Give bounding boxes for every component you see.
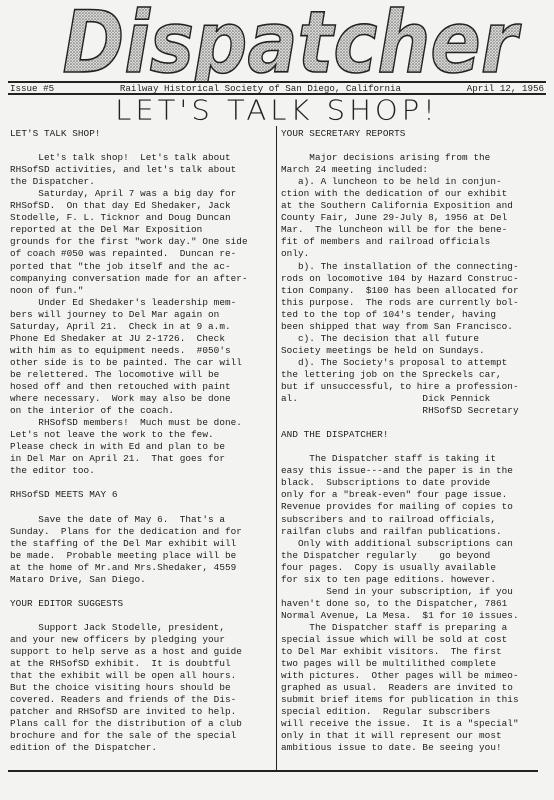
body-line: companying conversation made for an afte…: [10, 273, 272, 285]
issue-date: April 12, 1956: [467, 82, 544, 95]
body-line: only for a "break-even" four page issue.: [281, 489, 549, 501]
body-line: with pictures. Other pages will be mimeo…: [281, 670, 549, 682]
body-line: at the RHSofSD exhibit. It is doubtful: [10, 658, 272, 670]
body-line: at the Southern California Exposition an…: [281, 200, 549, 212]
body-line: Saturday, April 21. Check in at 9 a.m.: [10, 321, 272, 333]
heading-gap: [10, 140, 272, 152]
body-line: Society meetings be held on Sundays.: [281, 345, 549, 357]
body-line: patcher and RHSofSD are invited to help.: [10, 706, 272, 718]
body-line: only in that it will represent our most: [281, 730, 549, 742]
body-line: but if unsuccessful, to hire a professio…: [281, 381, 549, 393]
body-line: Plans call for the distribution of a clu…: [10, 718, 272, 730]
body-line: RHSofSD Secretary: [281, 405, 549, 417]
body-line: Send in your subscription, if you: [281, 586, 549, 598]
body-line: be relettered. The locomotive will be: [10, 369, 272, 381]
body-line: RHSofSD activities, and let's talk about: [10, 164, 272, 176]
body-line: this purpose. The rods are currently bol…: [281, 297, 549, 309]
body-line: fit of members and railroad officials: [281, 236, 549, 248]
body-line: reported at the Del Mar Exposition: [10, 224, 272, 236]
body-line: Let's not leave the work to the few.: [10, 429, 272, 441]
body-line: b). The installation of the connecting-: [281, 261, 549, 273]
body-line: RHSofSD. On that day Ed Shedaker, Jack: [10, 200, 272, 212]
body-line: The Dispatcher staff is preparing a: [281, 622, 549, 634]
body-line: special issue which will be sold at cost: [281, 634, 549, 646]
body-line: edition of the Dispatcher.: [10, 742, 272, 754]
body-line: rods on locomotive 104 by Hazard Constru…: [281, 273, 549, 285]
body-line: ported that "the job itself and the ac-: [10, 261, 272, 273]
body-line: Please check in with Ed and plan to be: [10, 441, 272, 453]
body-line: the Dispatcher.: [10, 176, 272, 188]
body-line: submit brief items for publication in th…: [281, 694, 549, 706]
body-line: support to help serve as a host and guid…: [10, 646, 272, 658]
body-line: that the exhibit will be open all hours.: [10, 670, 272, 682]
body-line: the staffing of the Del Mar exhibit will: [10, 538, 272, 550]
body-line: hosed off and then retouched with paint: [10, 381, 272, 393]
section-gap: [281, 417, 549, 429]
heading-gap: [10, 501, 272, 513]
body-line: for six to ten page editions. however.: [281, 574, 549, 586]
body-line: But the choice visiting hours should be: [10, 682, 272, 694]
body-line: County Fair, June 29-July 8, 1956 at Del: [281, 212, 549, 224]
body-line: RHSofSD members! Much must be done.: [10, 417, 272, 429]
body-line: Let's talk shop! Let's talk about: [10, 152, 272, 164]
body-line: and your new officers by pledging your: [10, 634, 272, 646]
body-line: railfan clubs and railfan publications.: [281, 526, 549, 538]
body-line: Save the date of May 6. That's a: [10, 514, 272, 526]
body-line: of coach #050 was repainted. Duncan re-: [10, 248, 272, 260]
body-line: The Dispatcher staff is taking it: [281, 453, 549, 465]
body-line: brochure and for the sale of the special: [10, 730, 272, 742]
body-line: special edition. Regular subscribers: [281, 706, 549, 718]
section-gap: [10, 586, 272, 598]
bottom-rule: [8, 770, 538, 772]
body-line: Mataro Drive, San Diego.: [10, 574, 272, 586]
left-column: LET'S TALK SHOP! Let's talk shop! Let's …: [10, 128, 272, 770]
body-line: ction with the dedication of our exhibit: [281, 188, 549, 200]
body-line: Only with additional subscriptions can: [281, 538, 549, 550]
body-line: noon of fun.": [10, 285, 272, 297]
body-line: a). A luncheon to be held in conjun-: [281, 176, 549, 188]
body-line: c). The decision that all future: [281, 333, 549, 345]
body-line: Revenue provides for mailing of copies t…: [281, 501, 549, 513]
body-line: the Dispatcher regularly go beyond: [281, 550, 549, 562]
body-line: Stodelle, F. L. Ticknor and Doug Duncan: [10, 212, 272, 224]
body-line: where necessary. Work may also be done: [10, 393, 272, 405]
body-line: Under Ed Shedaker's leadership mem-: [10, 297, 272, 309]
banner-headline: LET'S TALK SHOP!: [0, 96, 554, 125]
body-line: on the interior of the coach.: [10, 405, 272, 417]
heading-gap: [281, 140, 549, 152]
body-line: Saturday, April 7 was a big day for: [10, 188, 272, 200]
body-line: to Del Mar exhibit visitors. The first: [281, 646, 549, 658]
newsletter-page: Dispatcher Issue #5 Railway Historical S…: [0, 0, 554, 800]
body-line: Normal Avenue, La Mesa. $1 for 10 issues…: [281, 610, 549, 622]
section-heading: YOUR SECRETARY REPORTS: [281, 128, 549, 140]
section-heading: YOUR EDITOR SUGGESTS: [10, 598, 272, 610]
body-line: Sunday. Plans for the dedication and for: [10, 526, 272, 538]
masthead-title: Dispatcher: [63, 0, 522, 82]
body-line: will receive the issue. It is a "special…: [281, 718, 549, 730]
right-column: YOUR SECRETARY REPORTS Major decisions a…: [281, 128, 549, 770]
body-line: four pages. Copy is usually available: [281, 562, 549, 574]
body-line: been shipped that way from San Francisco…: [281, 321, 549, 333]
body-line: at the home of Mr.and Mrs.Shedaker, 4559: [10, 562, 272, 574]
section-heading: RHSofSD MEETS MAY 6: [10, 489, 272, 501]
publisher-name: Railway Historical Society of San Diego,…: [120, 82, 401, 95]
body-line: with him as to equipment needs. #050's: [10, 345, 272, 357]
body-line: al. Dick Pennick: [281, 393, 549, 405]
body-line: two pages will be multilithed complete: [281, 658, 549, 670]
body-line: ambitious issue to date. Be seeing you!: [281, 742, 549, 754]
body-line: Major decisions arising from the: [281, 152, 549, 164]
section-heading: AND THE DISPATCHER!: [281, 429, 549, 441]
body-line: Support Jack Stodelle, president,: [10, 622, 272, 634]
body-line: easy this issue---and the paper is in th…: [281, 465, 549, 477]
body-line: only.: [281, 248, 549, 260]
body-line: other side is to be painted. The car wil…: [10, 357, 272, 369]
body-line: bers will journey to Del Mar again on: [10, 309, 272, 321]
section-gap: [10, 477, 272, 489]
column-divider: [276, 126, 277, 770]
body-line: be made. Probable meeting place will be: [10, 550, 272, 562]
heading-gap: [281, 441, 549, 453]
body-line: Mar. The luncheon will be for the bene-: [281, 224, 549, 236]
body-line: d). The Society's proposal to attempt: [281, 357, 549, 369]
issue-number: Issue #5: [10, 82, 54, 95]
body-line: black. Subscriptions to date provide: [281, 477, 549, 489]
body-line: in Del Mar on April 21. That goes for: [10, 453, 272, 465]
body-line: Phone Ed Shedaker at JU 2-1726. Check: [10, 333, 272, 345]
body-line: the editor too.: [10, 465, 272, 477]
body-line: haven't done so, to the Dispatcher, 7861: [281, 598, 549, 610]
section-heading: LET'S TALK SHOP!: [10, 128, 272, 140]
masthead-logo: Dispatcher: [55, 0, 525, 82]
body-line: grounds for the first "work day." One si…: [10, 236, 272, 248]
body-line: tion Company. $100 has been allocated fo…: [281, 285, 549, 297]
body-line: ted to the top of 104's tender, having: [281, 309, 549, 321]
body-line: March 24 meeting included:: [281, 164, 549, 176]
body-line: the lettering job on the Spreckels car,: [281, 369, 549, 381]
body-line: subscribers and to railroad officials,: [281, 514, 549, 526]
body-line: graphed as usual. Readers are invited to: [281, 682, 549, 694]
heading-gap: [10, 610, 272, 622]
body-line: covered. Readers and friends of the Dis-: [10, 694, 272, 706]
